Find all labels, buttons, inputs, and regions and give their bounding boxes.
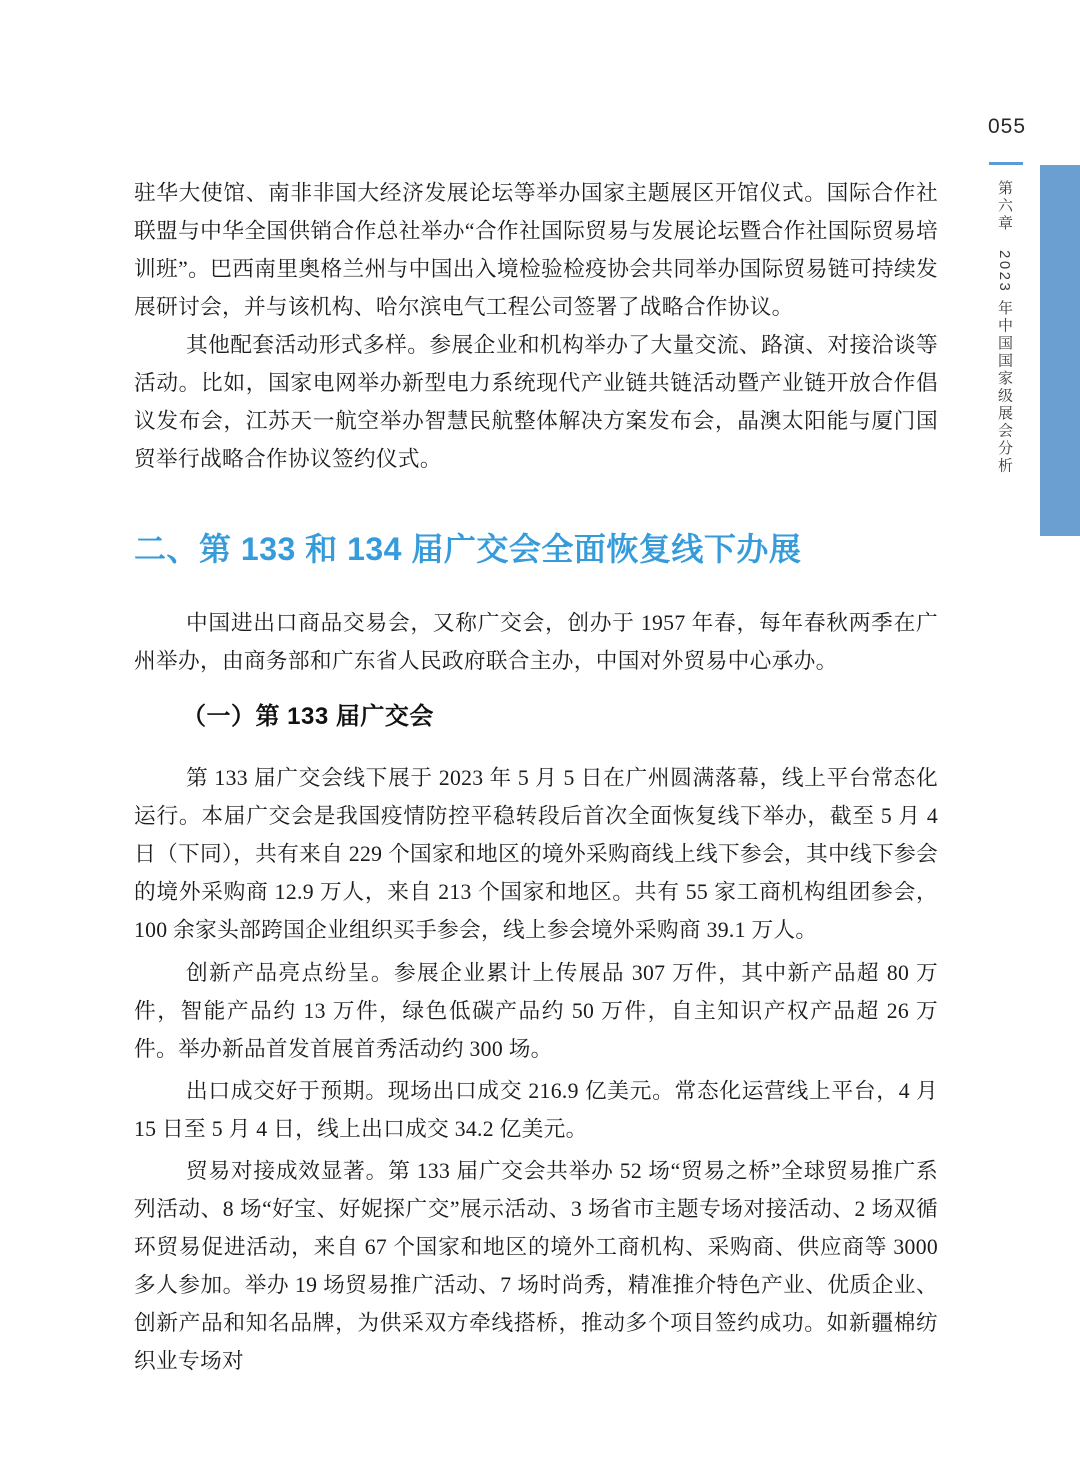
paragraph-export-results: 出口成交好于预期。现场出口成交 216.9 亿美元。常态化运营线上平台，4 月 …: [134, 1072, 938, 1148]
paragraph-continued-from-previous-page: 驻华大使馆、南非非国大经济发展论坛等举办国家主题展区开馆仪式。国际合作社联盟与中…: [134, 174, 938, 326]
section-heading-canton-fair: 二、第 133 和 134 届广交会全面恢复线下办展: [134, 527, 938, 571]
subsection-heading-133rd-fair: （一）第 133 届广交会: [134, 700, 938, 734]
sidebar-accent-bar: [1040, 165, 1080, 536]
paragraph-133rd-fair-overview: 第 133 届广交会线下展于 2023 年 5 月 5 日在广州圆满落幕，线上平…: [134, 759, 938, 949]
paragraph-trade-matchmaking: 贸易对接成效显著。第 133 届广交会共举办 52 场“贸易之桥”全球贸易推广系…: [134, 1152, 938, 1380]
main-text-column: 驻华大使馆、南非非国大经济发展论坛等举办国家主题展区开馆仪式。国际合作社联盟与中…: [134, 174, 938, 1380]
document-page: 驻华大使馆、南非非国大经济发展论坛等举办国家主题展区开馆仪式。国际合作社联盟与中…: [0, 0, 1080, 1465]
paragraph-canton-fair-intro: 中国进出口商品交易会，又称广交会，创办于 1957 年春，每年春秋两季在广州举办…: [134, 604, 938, 680]
sidebar-accent-rule: [989, 162, 1023, 165]
chapter-sidebar-label: 第六章 2023 年中国国家级展会分析: [994, 180, 1015, 480]
paragraph-supporting-activities: 其他配套活动形式多样。参展企业和机构举办了大量交流、路演、对接洽谈等活动。比如，…: [134, 326, 938, 478]
page-number: 055: [988, 115, 1026, 139]
paragraph-innovative-products: 创新产品亮点纷呈。参展企业累计上传展品 307 万件，其中新产品超 80 万件，…: [134, 954, 938, 1068]
